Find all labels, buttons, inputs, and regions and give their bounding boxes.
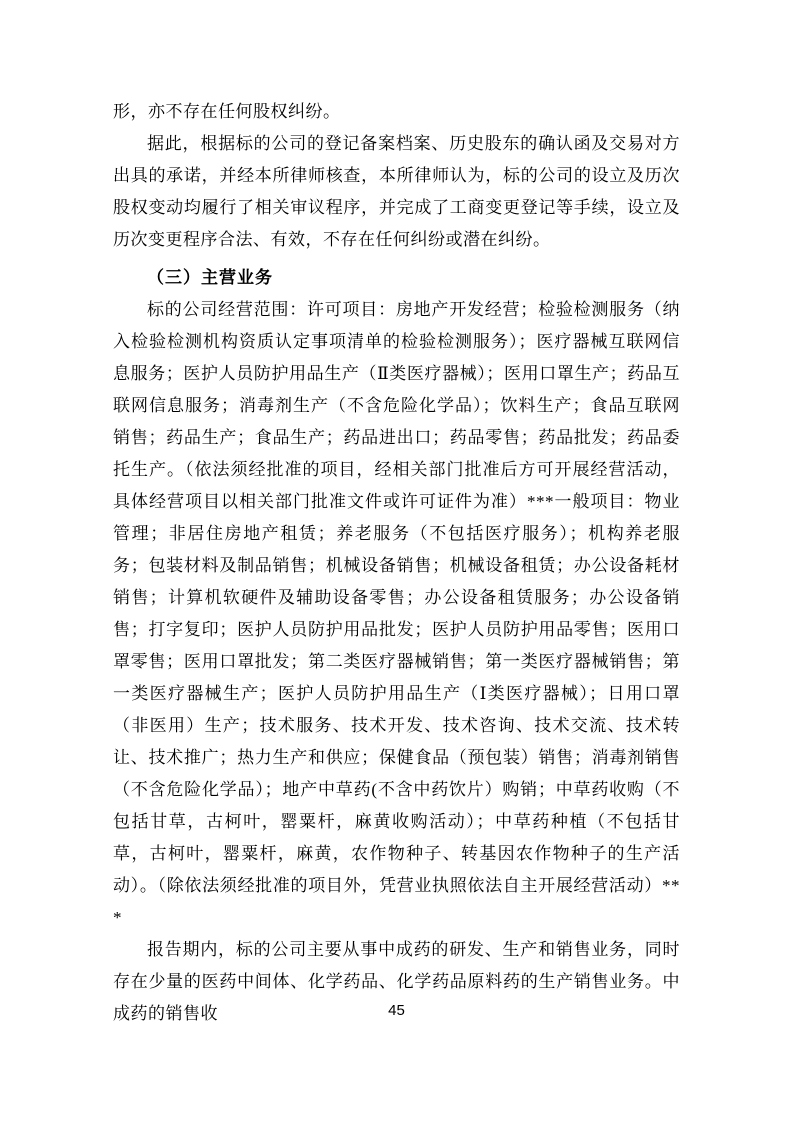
paragraph-continuation: 形，亦不存在任何股权纠纷。 [113, 96, 680, 128]
paragraph-business-scope: 标的公司经营范围：许可项目：房地产开发经营；检验检测服务（纳入检验检测机构资质认… [113, 294, 680, 934]
paragraph-lawyer-opinion: 据此，根据标的公司的登记备案档案、历史股东的确认函及交易对方出具的承诺，并经本所… [113, 128, 680, 256]
page-body-text: 形，亦不存在任何股权纠纷。 据此，根据标的公司的登记备案档案、历史股东的确认函及… [113, 96, 680, 1030]
section-heading-main-business: （三）主营业务 [113, 262, 680, 294]
page-number: 45 [0, 1002, 793, 1019]
document-page: 形，亦不存在任何股权纠纷。 据此，根据标的公司的登记备案档案、历史股东的确认函及… [0, 0, 793, 1122]
